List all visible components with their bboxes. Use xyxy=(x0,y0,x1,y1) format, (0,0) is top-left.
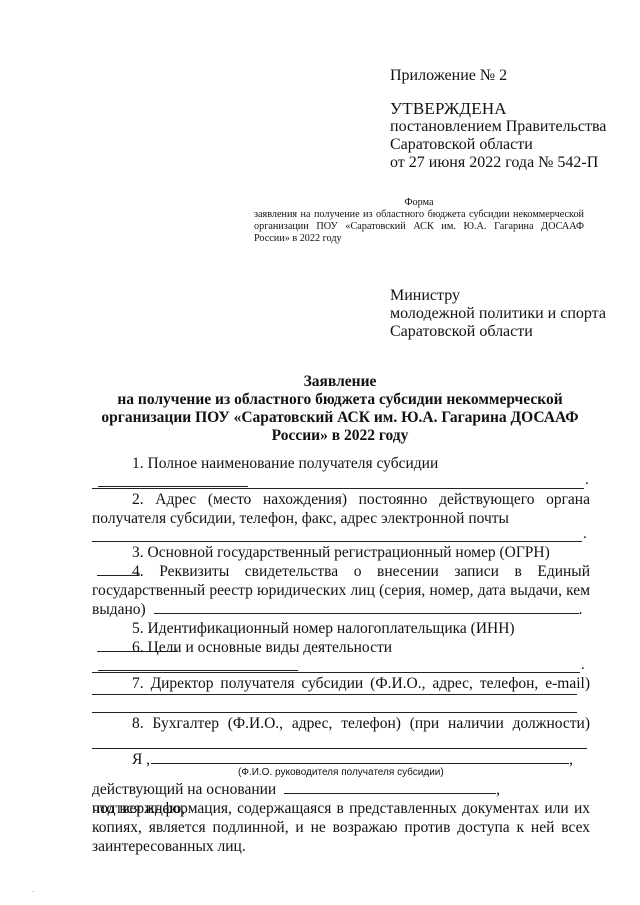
approval-block: УТВЕРЖДЕНА постановлением Правительства … xyxy=(390,100,606,172)
statement-line: на получение из областного бюджета субси… xyxy=(100,391,580,409)
declaration-text: заинтересованных лиц. xyxy=(92,838,246,855)
item-2-field[interactable] xyxy=(98,528,178,542)
addressee-block: Министру молодежной политики и спорта Са… xyxy=(390,287,606,341)
item-1: 1. Полное наименование получателя субсид… xyxy=(92,454,590,492)
form-note-title: Форма xyxy=(254,197,584,209)
item-7-field-line-2[interactable] xyxy=(92,712,577,713)
declaration-line-3: копиях, является подлинной, и не возража… xyxy=(92,818,590,837)
item-1-field[interactable] xyxy=(98,473,248,487)
item-4-label: 4. Реквизиты свидетельства о внесении за… xyxy=(132,563,590,580)
item-1-field-continuation[interactable] xyxy=(92,488,584,489)
statement-title: Заявление xyxy=(100,373,580,391)
form-note-line: России» в 2022 году xyxy=(254,233,584,245)
form-note-line: организации ПОУ «Саратовский АСК им. Ю.А… xyxy=(254,221,584,233)
declaration-basis-label: действующий на основании xyxy=(92,781,276,798)
declaration-line-2: что вся информация, содержащаяся в предс… xyxy=(92,799,590,818)
period: . xyxy=(581,657,585,674)
item-6-field[interactable] xyxy=(98,657,298,671)
item-7-label: 7. Директор получателя субсидии (Ф.И.О.,… xyxy=(132,675,590,692)
item-2-label: 2. Адрес (место нахождения) постоянно де… xyxy=(132,491,590,508)
item-5-label: 5. Идентификационный номер налогоплатель… xyxy=(132,620,515,637)
approved-line: от 27 июня 2022 года № 542-П xyxy=(390,154,606,172)
item-8-field-line[interactable] xyxy=(92,748,587,749)
period: . xyxy=(585,472,589,489)
item-3-label: 3. Основной государственный регистрацион… xyxy=(132,544,550,561)
item-4-line-3: выдано) . xyxy=(92,600,590,619)
comma: , xyxy=(569,751,573,768)
declaration-text: копиях, является подлинной, и не возража… xyxy=(92,819,590,836)
item-6-label: 6. Цели и основные виды деятельности xyxy=(132,639,392,656)
item-7-field-line-1[interactable] xyxy=(92,694,577,695)
approved-title: УТВЕРЖДЕНА xyxy=(390,100,606,118)
period: . xyxy=(583,526,587,543)
item-1-label: 1. Полное наименование получателя субсид… xyxy=(132,455,438,472)
form-note-line: заявления на получение из областного бюд… xyxy=(254,209,584,221)
item-7: 7. Директор получателя субсидии (Ф.И.О.,… xyxy=(92,674,590,693)
item-4-label-end: выдано) xyxy=(92,601,146,618)
item-6-field-continuation[interactable] xyxy=(92,672,580,673)
item-4-line-1: 4. Реквизиты свидетельства о внесении за… xyxy=(92,562,590,581)
appendix-label: Приложение № 2 xyxy=(390,67,507,85)
statement-heading: Заявление на получение из областного бюд… xyxy=(100,373,580,445)
declaration-ya: Я , xyxy=(132,751,150,768)
statement-line: России» в 2022 году xyxy=(100,427,580,445)
period: . xyxy=(579,601,583,618)
item-2-field-continuation[interactable] xyxy=(92,541,582,542)
item-8: 8. Бухгалтер (Ф.И.О., адрес, телефон) (п… xyxy=(92,714,590,733)
director-name-field[interactable] xyxy=(151,750,569,764)
item-4-line-2: государственный реестр юридических лиц (… xyxy=(92,581,590,600)
addressee-line: Министру xyxy=(390,287,606,305)
approved-line: Саратовской области xyxy=(390,136,606,154)
egrul-field[interactable] xyxy=(154,600,579,614)
basis-field[interactable] xyxy=(284,780,496,794)
item-4-label-cont: государственный реестр юридических лиц (… xyxy=(92,582,590,599)
form-note: Форма заявления на получение из областно… xyxy=(254,197,584,245)
item-2-label-cont: получателя субсидии, телефон, факс, адре… xyxy=(92,510,509,527)
statement-line: организации ПОУ «Саратовский АСК им. Ю.А… xyxy=(100,409,580,427)
item-2-line-1: 2. Адрес (место нахождения) постоянно де… xyxy=(92,490,590,509)
scan-mark xyxy=(33,891,34,892)
item-8-label: 8. Бухгалтер (Ф.И.О., адрес, телефон) (п… xyxy=(132,715,590,732)
addressee-line: молодежной политики и спорта xyxy=(390,305,606,323)
declaration-text: что вся информация, содержащаяся в предс… xyxy=(92,800,590,817)
approved-line: постановлением Правительства xyxy=(390,118,606,136)
item-6: 6. Цели и основные виды деятельности xyxy=(92,638,590,676)
declaration-line-4: заинтересованных лиц. xyxy=(92,837,590,856)
director-name-caption: (Ф.И.О. руководителя получателя субсидии… xyxy=(238,767,444,778)
addressee-line: Саратовской области xyxy=(390,323,606,341)
